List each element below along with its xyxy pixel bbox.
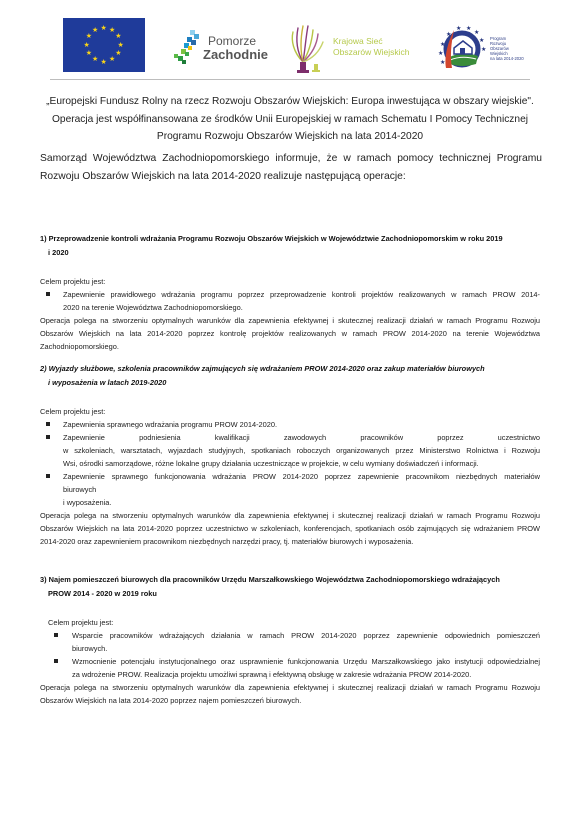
goal-label: Celem projektu jest: — [40, 405, 540, 418]
funding-statement: „Europejski Fundusz Rolny na rzecz Rozwo… — [40, 93, 540, 146]
svg-text:★: ★ — [479, 37, 484, 44]
funding-line-3: Programu Rozwoju Obszarów Wiejskich na l… — [40, 128, 540, 146]
funding-line-2: Operacja jest współfinansowana ze środkó… — [40, 111, 540, 129]
goal-list: Zapewnienia sprawnego wdrażania programu… — [40, 418, 540, 509]
list-item-line: Wzmocnienie potencjału instytucjonalnego… — [72, 655, 540, 668]
svg-text:★: ★ — [456, 25, 461, 32]
goal-list: Wsparcie pracowników wdrażających działa… — [40, 629, 540, 681]
list-item: Wzmocnienie potencjału instytucjonalnego… — [48, 655, 540, 681]
section-title-text: 2) Wyjazdy służbowe, szkolenia pracownik… — [40, 364, 485, 373]
goal-label: Celem projektu jest: — [40, 616, 540, 629]
pomorze-zachodnie-mark-icon — [170, 28, 202, 68]
ksow-text: Krajowa Sieć Obszarów Wiejskich — [333, 36, 410, 58]
pomorze-zachodnie-logo: Pomorze Zachodnie — [170, 26, 270, 74]
ksow-line2: Obszarów Wiejskich — [333, 47, 410, 57]
goal-list: Zapewnienie prawidłowego wdrażania progr… — [40, 288, 540, 314]
ksow-line1: Krajowa Sieć — [333, 36, 383, 46]
logo-bar: ★★★★★★★★★★★★ Pomorze Zachodnie — [50, 18, 525, 80]
list-item: Zapewnienie prawidłowego wdrażania progr… — [40, 288, 540, 314]
list-item-line: 2020 na terenie Województwa Zachodniopom… — [63, 301, 540, 314]
section-description: Operacja polega na stworzeniu optymalnyc… — [40, 314, 540, 353]
svg-text:★: ★ — [438, 50, 443, 57]
list-item-line: Wsi, ośrodki samorządowe, różne lokalne … — [63, 457, 540, 470]
prow-years: na lata 2014-2020 — [490, 56, 524, 61]
funding-line-1: „Europejski Fundusz Rolny na rzecz Rozwo… — [40, 93, 540, 111]
eu-star-icon: ★ — [115, 33, 121, 40]
section-title-cont: i wyposażenia w latach 2019-2020 — [40, 376, 540, 390]
eu-star-icon: ★ — [86, 50, 92, 57]
eu-star-icon: ★ — [84, 42, 90, 49]
square-bullet-icon — [46, 435, 50, 439]
list-item-line: biurowych — [63, 483, 540, 496]
list-item-line: Zapewnienie sprawnego funkcjonowania wdr… — [63, 470, 540, 483]
eu-star-icon: ★ — [115, 50, 121, 57]
eu-star-icon: ★ — [118, 42, 124, 49]
list-item: Zapewnienia sprawnego wdrażania programu… — [40, 418, 540, 431]
section-title-text: 1) Przeprowadzenie kontroli wdrażania Pr… — [40, 234, 503, 243]
square-bullet-icon — [46, 474, 50, 478]
svg-text:★: ★ — [440, 41, 445, 48]
eu-star-icon: ★ — [86, 33, 92, 40]
lead-paragraph: Samorząd Województwa Zachodniopomorskieg… — [40, 150, 542, 186]
eu-star-icon: ★ — [109, 56, 115, 63]
eu-star-icon: ★ — [101, 59, 107, 66]
section-description: Operacja polega na stworzeniu optymalnyc… — [40, 681, 540, 707]
list-item: Zapewnienie sprawnego funkcjonowania wdr… — [40, 470, 540, 509]
ksow-tree-icon — [287, 22, 333, 74]
section-title: 3) Najem pomieszczeń biurowych dla praco… — [40, 573, 540, 600]
section-1: 1) Przeprowadzenie kontroli wdrażania Pr… — [40, 232, 540, 353]
list-item-line: Wsparcie pracowników wdrażających działa… — [72, 629, 540, 642]
zachodnie-text: Zachodnie — [203, 47, 268, 62]
prow-emblem-icon: ★★ ★★ ★★ ★★ ★ — [436, 22, 488, 74]
svg-text:★: ★ — [481, 46, 486, 53]
section-title-text: 3) Najem pomieszczeń biurowych dla praco… — [40, 575, 500, 584]
svg-text:★: ★ — [440, 59, 445, 66]
eu-flag-logo: ★★★★★★★★★★★★ — [63, 18, 145, 72]
prow-text: Program Rozwoju Obszarów Wiejskich na la… — [490, 36, 524, 61]
eu-star-icon: ★ — [92, 27, 98, 34]
list-item-line: Zapewnienia sprawnego wdrażania programu… — [63, 418, 540, 431]
section-3: 3) Najem pomieszczeń biurowych dla praco… — [40, 573, 540, 707]
square-bullet-icon — [46, 292, 50, 296]
svg-text:★: ★ — [466, 25, 471, 32]
eu-star-icon: ★ — [92, 56, 98, 63]
list-item-line: biurowych. — [72, 642, 540, 655]
section-title: 2) Wyjazdy służbowe, szkolenia pracownik… — [40, 362, 540, 389]
svg-text:★: ★ — [446, 31, 451, 38]
section-description: Operacja polega na stworzeniu optymalnyc… — [40, 509, 540, 548]
list-item: Zapewnienie podniesienia kwalifikacji za… — [40, 431, 540, 470]
list-item-line: Zapewnienie podniesienia kwalifikacji za… — [63, 431, 540, 444]
square-bullet-icon — [46, 422, 50, 426]
section-2: 2) Wyjazdy służbowe, szkolenia pracownik… — [40, 362, 540, 548]
square-bullet-icon — [54, 633, 58, 637]
section-title: 1) Przeprowadzenie kontroli wdrażania Pr… — [40, 232, 540, 259]
square-bullet-icon — [54, 659, 58, 663]
pomorze-text: Pomorze — [208, 34, 256, 48]
svg-text:★: ★ — [474, 29, 479, 36]
ksow-logo: Krajowa Sieć Obszarów Wiejskich — [287, 22, 427, 76]
section-title-cont: PROW 2014 - 2020 w 2019 roku — [40, 587, 540, 601]
prow-logo: ★★ ★★ ★★ ★★ ★ Program Rozwoju Obszarów W… — [436, 22, 536, 76]
goal-label: Celem projektu jest: — [40, 275, 540, 288]
list-item-line: w szkoleniach, warsztatach, wyjazdach st… — [63, 444, 540, 457]
list-item-line: za wdrożenie PROW. Realizacja projektu u… — [72, 668, 540, 681]
list-item-line: Zapewnienie prawidłowego wdrażania progr… — [63, 288, 540, 301]
header-divider — [50, 79, 530, 80]
list-item: Wsparcie pracowników wdrażających działa… — [48, 629, 540, 655]
eu-star-icon: ★ — [101, 25, 107, 32]
list-item-line: i wyposażenia. — [63, 496, 540, 509]
section-title-cont: i 2020 — [40, 246, 540, 260]
